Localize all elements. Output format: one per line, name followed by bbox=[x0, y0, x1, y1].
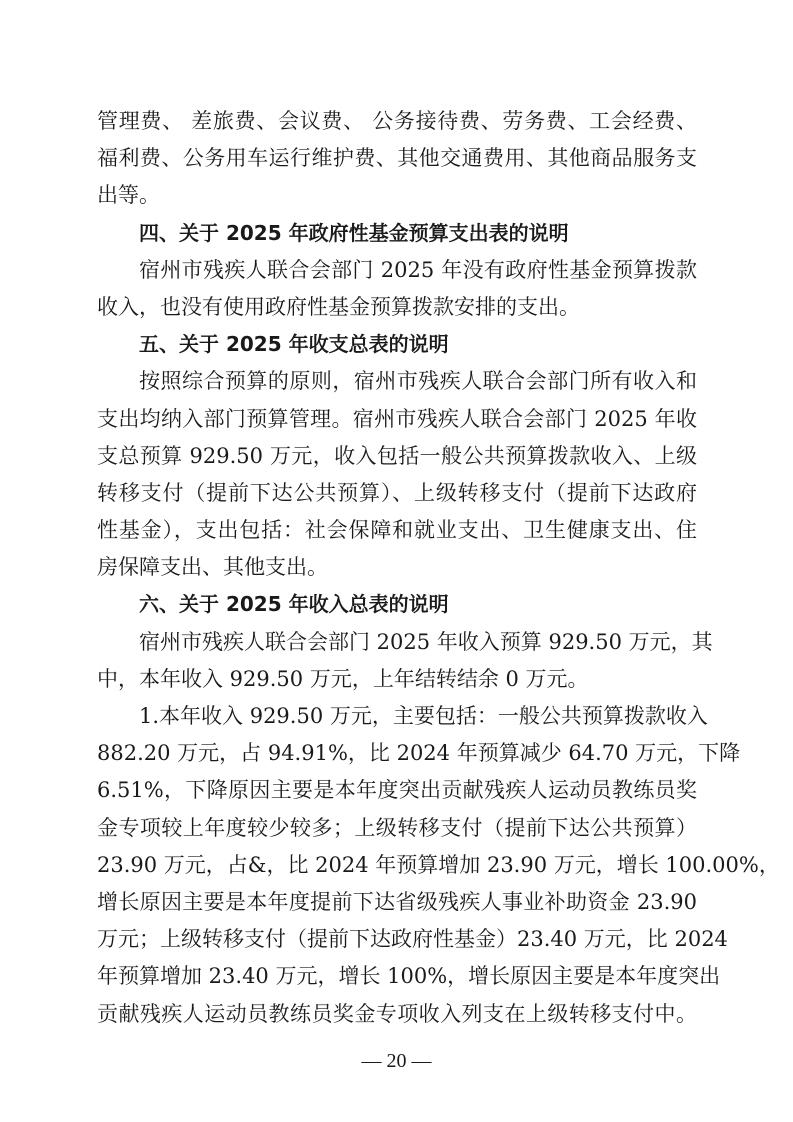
paragraph-line: 福利费、公务用车运行维护费、其他交通费用、其他商品服务支 bbox=[97, 140, 697, 177]
paragraph-line: 宿州市残疾人联合会部门 2025 年收入预算 929.50 万元，其 bbox=[97, 624, 697, 661]
paragraph-line: 出等。 bbox=[97, 177, 697, 214]
paragraph-line: 年预算增加 23.40 万元，增长 100%，增长原因主要是本年度突出 bbox=[97, 958, 697, 995]
document-body: 管理费、 差旅费、会议费、 公务接待费、劳务费、工会经费、 福利费、公务用车运行… bbox=[97, 103, 697, 1033]
section-heading-6: 六、关于 2025 年收入总表的说明 bbox=[97, 586, 697, 623]
paragraph-line: 23.90 万元，占&，比 2024 年预算增加 23.90 万元，增长 100… bbox=[97, 847, 697, 884]
paragraph-line: 金专项较上年度较少较多；上级转移支付（提前下达公共预算） bbox=[97, 810, 697, 847]
paragraph-line: 管理费、 差旅费、会议费、 公务接待费、劳务费、工会经费、 bbox=[97, 103, 697, 140]
paragraph-line: 转移支付（提前下达公共预算）、上级转移支付（提前下达政府 bbox=[97, 475, 697, 512]
paragraph-line: 按照综合预算的原则，宿州市残疾人联合会部门所有收入和 bbox=[97, 363, 697, 400]
paragraph-line: 贡献残疾人运动员教练员奖金专项收入列支在上级转移支付中。 bbox=[97, 996, 697, 1033]
section-heading-4: 四、关于 2025 年政府性基金预算支出表的说明 bbox=[97, 215, 697, 252]
paragraph-line: 1.本年收入 929.50 万元，主要包括：一般公共预算拨款收入 bbox=[97, 698, 697, 735]
paragraph-line: 宿州市残疾人联合会部门 2025 年没有政府性基金预算拨款 bbox=[97, 252, 697, 289]
paragraph-line: 支总预算 929.50 万元，收入包括一般公共预算拨款收入、上级 bbox=[97, 438, 697, 475]
paragraph-line: 6.51%，下降原因主要是本年度突出贡献残疾人运动员教练员奖 bbox=[97, 772, 697, 809]
paragraph-line: 增长原因主要是本年度提前下达省级残疾人事业补助资金 23.90 bbox=[97, 884, 697, 921]
paragraph-line: 房保障支出、其他支出。 bbox=[97, 549, 697, 586]
paragraph-line: 收入，也没有使用政府性基金预算拨款安排的支出。 bbox=[97, 289, 697, 326]
paragraph-line: 中，本年收入 929.50 万元，上年结转结余 0 万元。 bbox=[97, 661, 697, 698]
paragraph-line: 882.20 万元，占 94.91%，比 2024 年预算减少 64.70 万元… bbox=[97, 735, 697, 772]
paragraph-line: 性基金），支出包括：社会保障和就业支出、卫生健康支出、住 bbox=[97, 512, 697, 549]
page-number: — 20 — bbox=[0, 1050, 793, 1073]
section-heading-5: 五、关于 2025 年收支总表的说明 bbox=[97, 326, 697, 363]
paragraph-line: 万元；上级转移支付（提前下达政府性基金）23.40 万元，比 2024 bbox=[97, 921, 697, 958]
paragraph-line: 支出均纳入部门预算管理。宿州市残疾人联合会部门 2025 年收 bbox=[97, 401, 697, 438]
